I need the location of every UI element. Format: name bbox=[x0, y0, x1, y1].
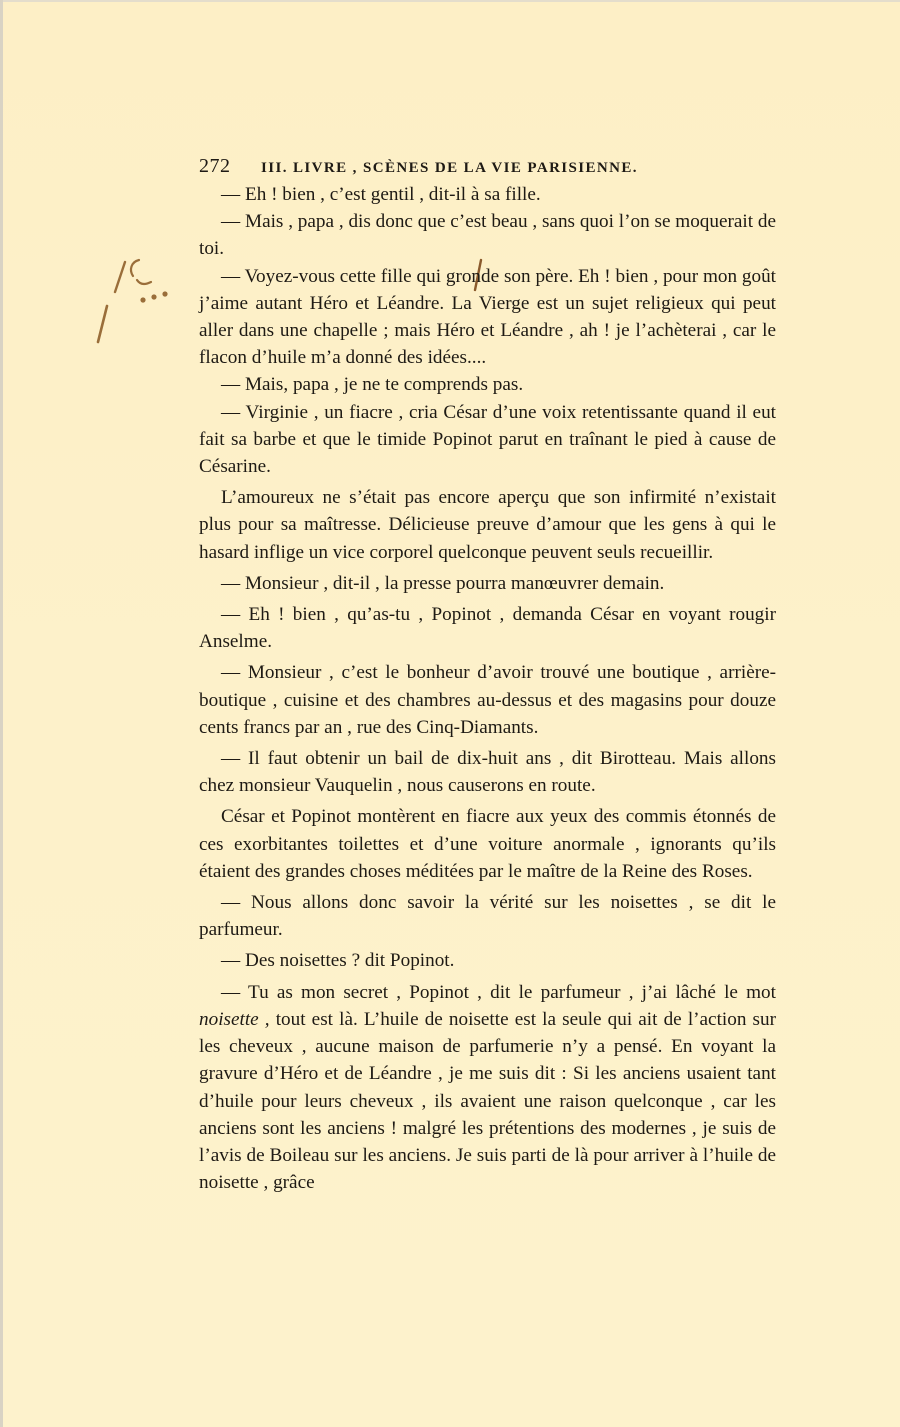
paragraph: César et Popinot montèrent en fiacre aux… bbox=[199, 803, 776, 885]
paragraph: — Nous allons donc savoir la vérité sur … bbox=[199, 889, 776, 943]
text-block: 272 III. LIVRE , SCÈNES DE LA VIE PARISI… bbox=[199, 155, 776, 1196]
paragraph: — Il faut obtenir un bail de dix-huit an… bbox=[199, 745, 776, 799]
paragraph: — Monsieur , c’est le bonheur d’avoir tr… bbox=[199, 659, 776, 741]
paragraph: — Eh ! bien , qu’as-tu , Popinot , deman… bbox=[199, 601, 776, 655]
running-head: 272 III. LIVRE , SCÈNES DE LA VIE PARISI… bbox=[199, 155, 776, 181]
paragraph: — Tu as mon secret , Popinot , dit le pa… bbox=[199, 979, 776, 1197]
margin-annotation-icon bbox=[85, 250, 185, 360]
paragraph: — Des noisettes ? dit Popinot. bbox=[199, 947, 776, 974]
running-head-title: III. LIVRE , SCÈNES DE LA VIE PARISIENNE… bbox=[261, 160, 638, 177]
paragraph: — Monsieur , dit-il , la presse pourra m… bbox=[199, 570, 776, 597]
paragraph: — Virginie , un fiacre , cria César d’un… bbox=[199, 399, 776, 481]
italic-word: noisette , bbox=[199, 1009, 270, 1030]
paragraph: — Mais, papa , je ne te comprends pas. bbox=[199, 371, 776, 398]
paragraph: L’amoureux ne s’était pas encore aperçu … bbox=[199, 484, 776, 566]
book-page: 272 III. LIVRE , SCÈNES DE LA VIE PARISI… bbox=[0, 0, 900, 1427]
paragraph-text: tout est là. L’huile de noisette est la … bbox=[199, 1009, 776, 1193]
paragraph: — Voyez-vous cette fille qui gronde son … bbox=[199, 263, 776, 372]
paragraph-text: — Tu as mon secret , Popinot , dit le pa… bbox=[221, 982, 776, 1003]
paragraph: — Mais , papa , dis donc que c’est beau … bbox=[199, 208, 776, 262]
page-number: 272 bbox=[199, 155, 261, 178]
paragraph: — Eh ! bien , c’est gentil , dit-il à sa… bbox=[199, 181, 776, 208]
